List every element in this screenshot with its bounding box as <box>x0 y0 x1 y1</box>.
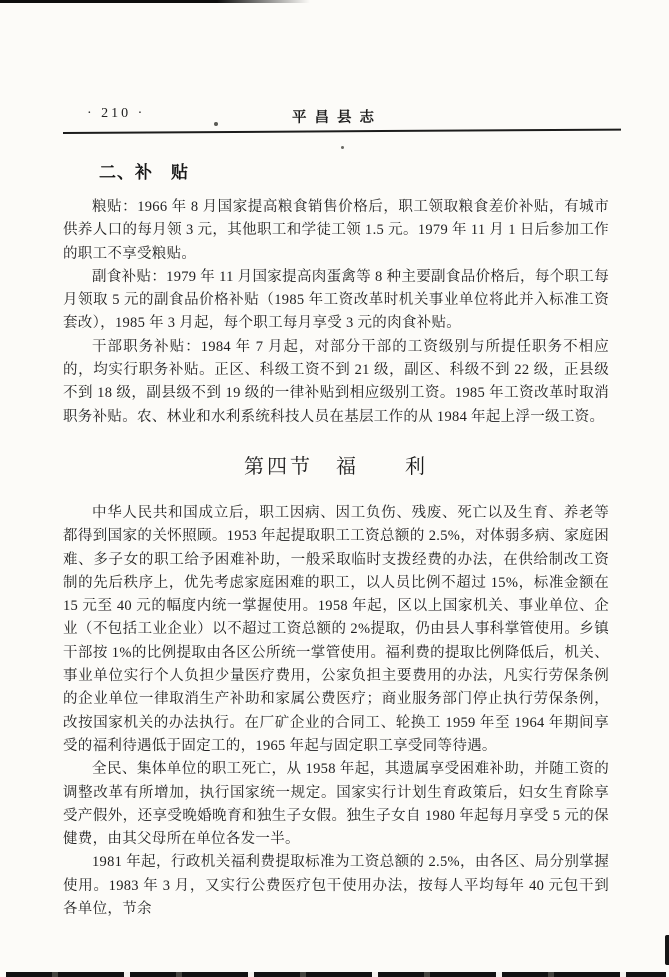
page-number: · 210 · <box>87 106 145 122</box>
content-column: 二、补 贴 粮贴：1966 年 8 月国家提高粮食销售价格后，职工领取粮食差价补… <box>63 158 609 921</box>
paragraph-welfare-1981: 1981 年起，行政机关福利费提取标准为工资总额的 2.5%，由各区、局分别掌握… <box>63 851 609 921</box>
paragraph-welfare-overview: 中华人民共和国成立后，职工因病、因工负伤、残废、死亡以及生育、养老等都得到国家的… <box>63 502 609 758</box>
section-heading-welfare: 第四节 福 利 <box>63 450 609 479</box>
scan-mark-right-edge <box>665 935 669 965</box>
scanned-book-page: · 210 · 平昌县志 二、补 贴 粮贴：1966 年 8 月国家提高粮食销售… <box>0 0 669 977</box>
scan-speck <box>341 146 344 149</box>
paragraph-cadre-subsidy: 干部职务补贴：1984 年 7 月起，对部分干部的工资级别与所提任职务不相应的，… <box>63 336 609 429</box>
paragraph-food-subsidy: 副食补贴：1979 年 11 月国家提高肉蛋禽等 8 种主要副食品价格后，每个职… <box>63 266 609 336</box>
subsection-heading-subsidy: 二、补 贴 <box>99 158 609 183</box>
paragraph-welfare-survivors: 全民、集体单位的职工死亡，从 1958 年起，其遗属享受困难补助，并随工资的调整… <box>63 758 609 851</box>
scan-edge-bottom <box>6 972 666 977</box>
page-header: · 210 · 平昌县志 <box>63 106 611 128</box>
scan-edge-top <box>0 0 310 3</box>
scan-speck <box>214 122 218 126</box>
paragraph-grain-subsidy: 粮贴：1966 年 8 月国家提高粮食销售价格后，职工领取粮食差价补贴，有城市供… <box>63 196 609 266</box>
book-title: 平昌县志 <box>292 106 382 127</box>
header-rule <box>63 129 621 134</box>
